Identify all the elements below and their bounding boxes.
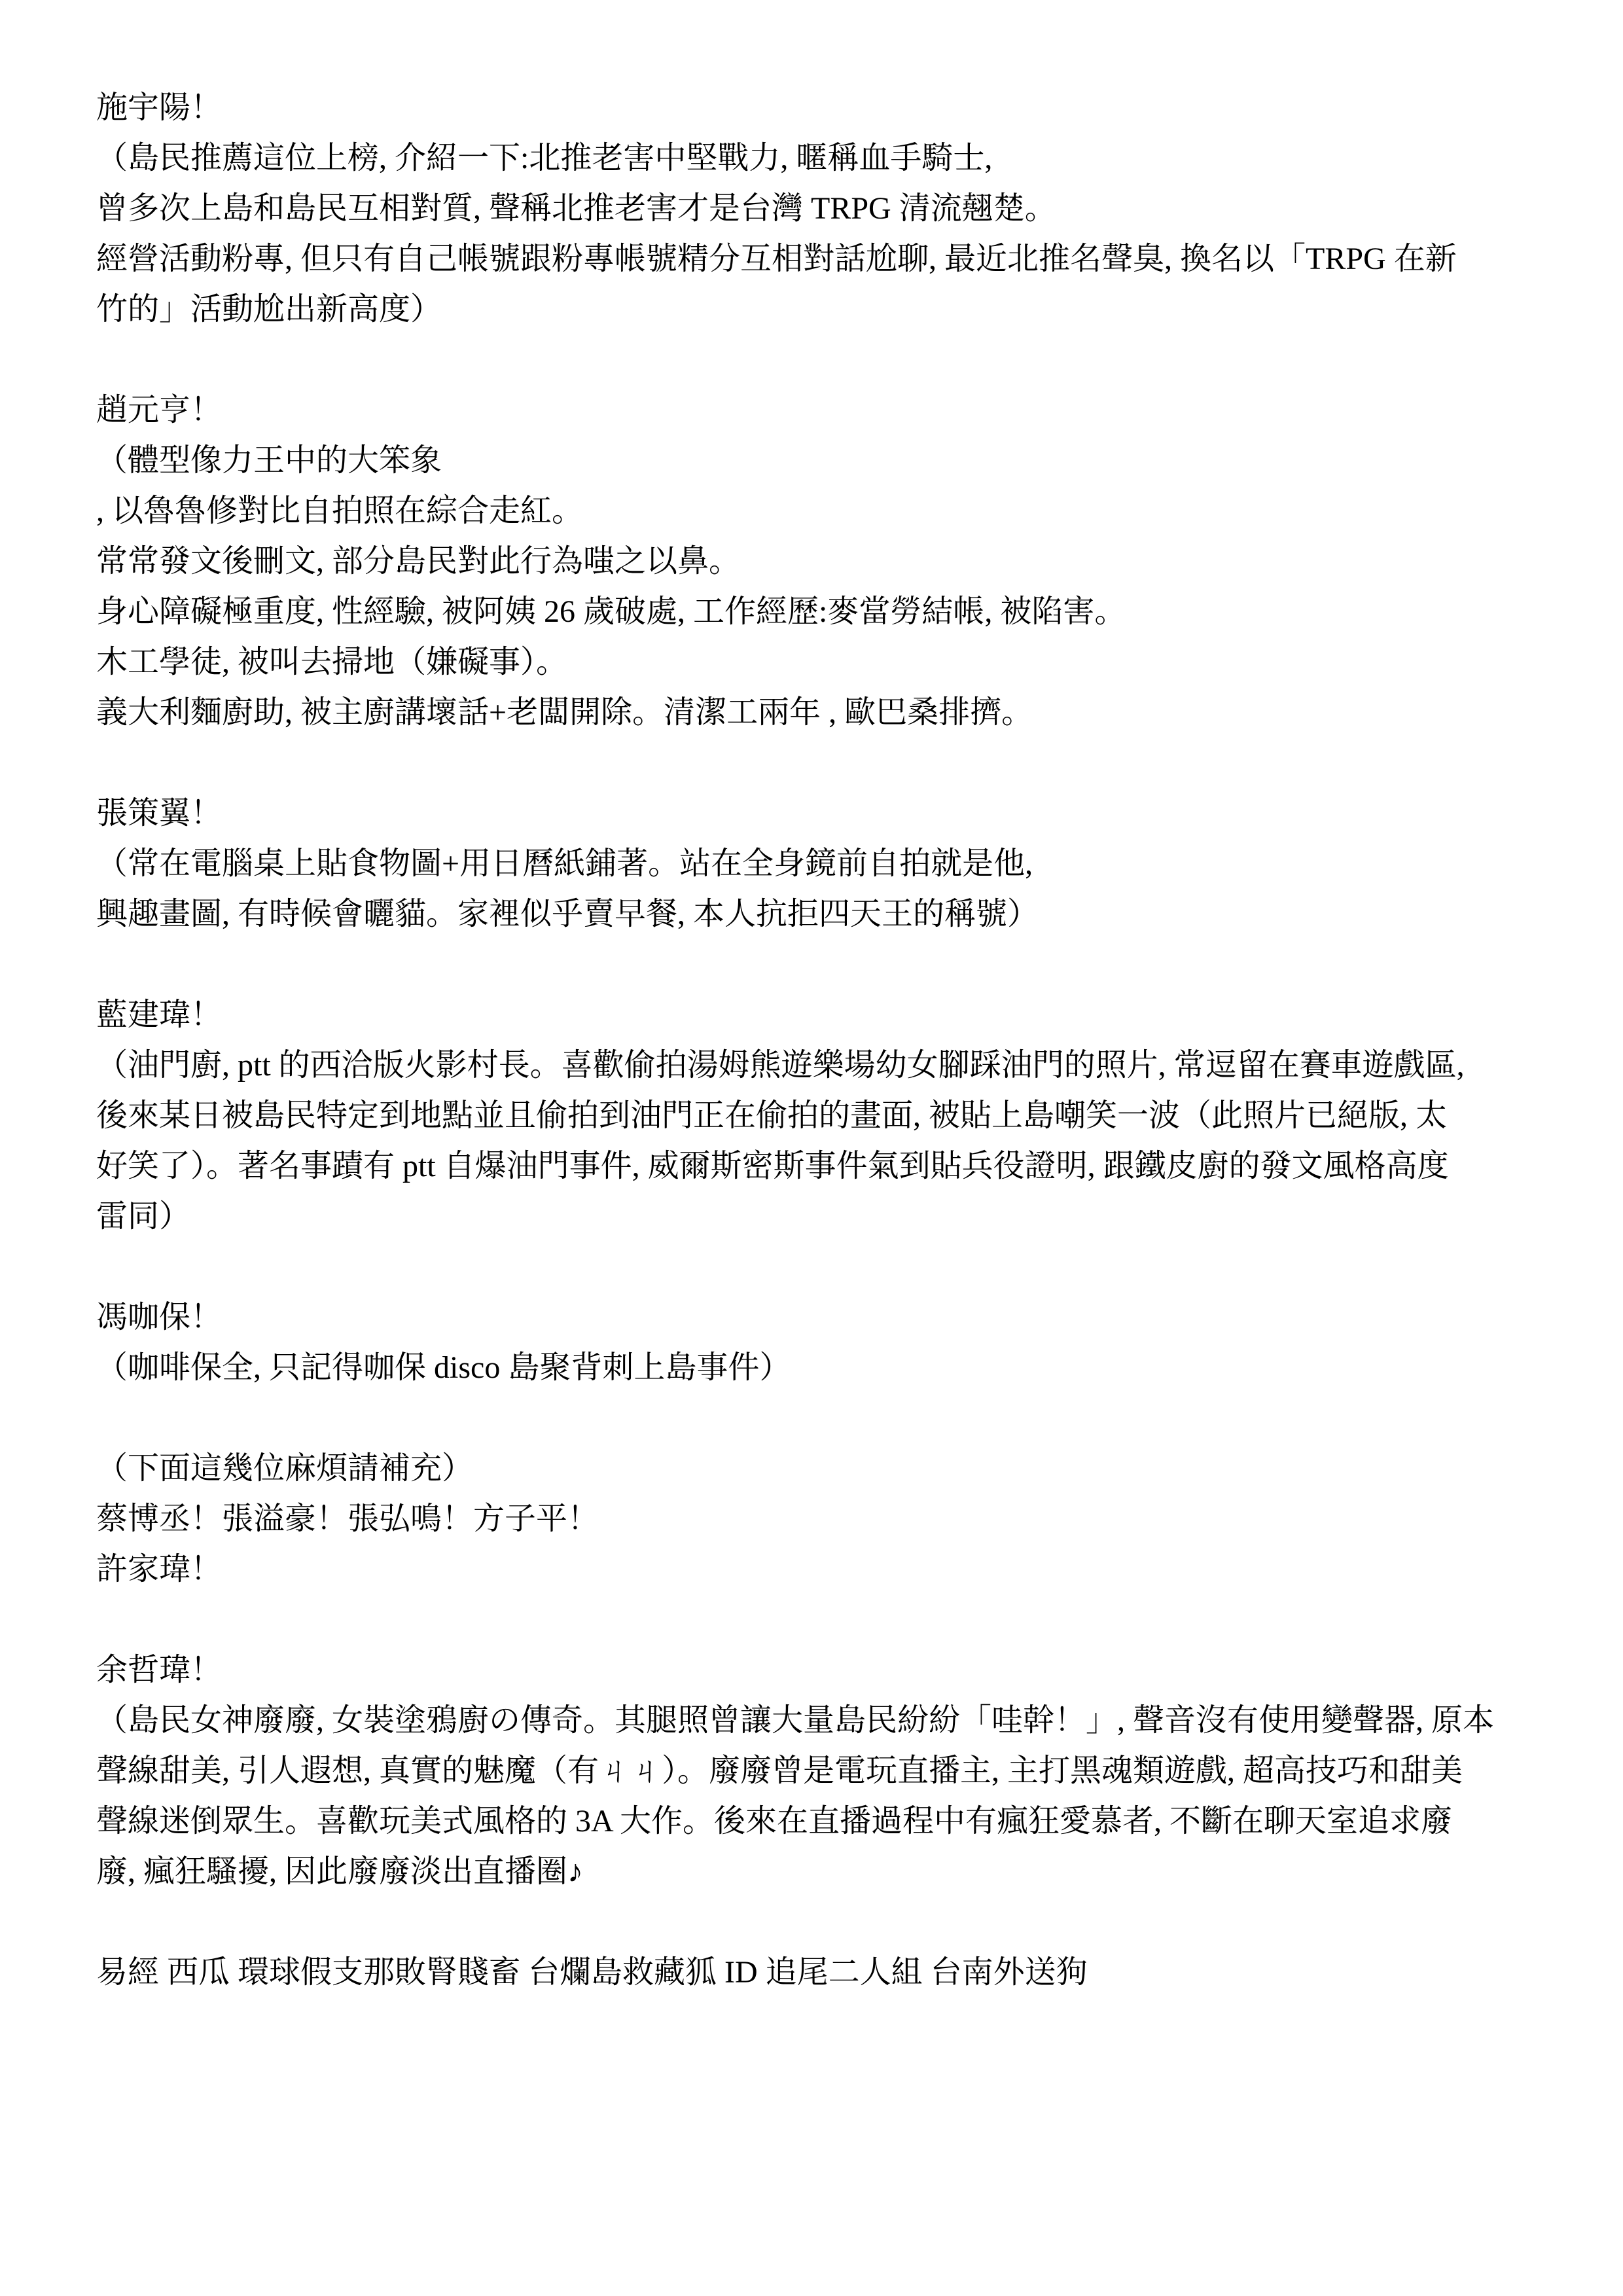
- text-line: （島民女神廢廢, 女裝塗鴉廚の傳奇。其腿照曾讓大量島民紛紛「哇幹！」, 聲音沒有…: [96, 1695, 1536, 1746]
- text-line: （島民推薦這位上榜, 介紹一下:北推老害中堅戰力, 暱稱血手騎士,: [96, 133, 1536, 183]
- text-line: 興趣畫圖, 有時候會曬貓。家裡似乎賣早餐, 本人抗拒四天王的稱號）: [96, 889, 1536, 939]
- paragraph-zhao-yuan-heng: 趙元亨！ （體型像力王中的大笨象 , 以魯魯修對比自拍照在綜合走紅。 常常發文後…: [96, 385, 1536, 738]
- text-line: 曾多次上島和島民互相對質, 聲稱北推老害才是台灣 TRPG 清流翹楚。: [96, 183, 1536, 234]
- entry-name-line: 余哲瑋！: [96, 1645, 1536, 1695]
- text-line: 聲線甜美, 引人遐想, 真實的魅魔（有ㄐㄐ）。廢廢曾是電玩直播主, 主打黑魂類遊…: [96, 1746, 1536, 1796]
- paragraph-feng-ka-bao: 馮咖保！ （咖啡保全, 只記得咖保 disco 島聚背刺上島事件）: [96, 1292, 1536, 1393]
- text-line: 雷同）: [96, 1191, 1536, 1242]
- paragraph-zhang-ce-yi: 張策翼！ （常在電腦桌上貼食物圖+用日曆紙鋪著。站在全身鏡前自拍就是他, 興趣畫…: [96, 788, 1536, 939]
- paragraph-footer-nickname-list: 易經 西瓜 環球假支那敗腎賤畜 台爛島救藏狐 ID 追尾二人組 台南外送狗: [96, 1947, 1536, 1998]
- entry-name-line: 施宇陽！: [96, 82, 1536, 133]
- text-line: （體型像力王中的大笨象: [96, 435, 1536, 486]
- paragraph-supplement-request: （下面這幾位麻煩請補充） 蔡博丞！張溢豪！張弘鳴！方子平！ 許家瑋！: [96, 1443, 1536, 1594]
- paragraph-yu-zhe-wei: 余哲瑋！ （島民女神廢廢, 女裝塗鴉廚の傳奇。其腿照曾讓大量島民紛紛「哇幹！」,…: [96, 1645, 1536, 1897]
- entry-name-line: 馮咖保！: [96, 1292, 1536, 1342]
- entry-name-line: 趙元亨！: [96, 385, 1536, 435]
- text-line: 廢, 瘋狂騷擾, 因此廢廢淡出直播圈♪: [96, 1846, 1536, 1897]
- text-line: （油門廚, ptt 的西洽版火影村長。喜歡偷拍湯姆熊遊樂場幼女腳踩油門的照片, …: [96, 1040, 1536, 1090]
- text-line: , 以魯魯修對比自拍照在綜合走紅。: [96, 486, 1536, 536]
- text-line: 許家瑋！: [96, 1544, 1536, 1594]
- text-line: （咖啡保全, 只記得咖保 disco 島聚背刺上島事件）: [96, 1342, 1536, 1393]
- text-line: 義大利麵廚助, 被主廚講壞話+老闆開除。清潔工兩年 , 歐巴桑排擠。: [96, 687, 1536, 738]
- text-line: 易經 西瓜 環球假支那敗腎賤畜 台爛島救藏狐 ID 追尾二人組 台南外送狗: [96, 1947, 1536, 1998]
- text-line: 聲線迷倒眾生。喜歡玩美式風格的 3A 大作。後來在直播過程中有瘋狂愛慕者, 不斷…: [96, 1796, 1536, 1846]
- text-line: 身心障礙極重度, 性經驗, 被阿姨 26 歲破處, 工作經歷:麥當勞結帳, 被陷…: [96, 586, 1536, 637]
- text-line: 蔡博丞！張溢豪！張弘鳴！方子平！: [96, 1494, 1536, 1544]
- text-line: 好笑了）。著名事蹟有 ptt 自爆油門事件, 威爾斯密斯事件氣到貼兵役證明, 跟…: [96, 1141, 1536, 1191]
- text-line: 木工學徒, 被叫去掃地（嫌礙事）。: [96, 637, 1536, 687]
- text-line: 後來某日被島民特定到地點並且偷拍到油門正在偷拍的畫面, 被貼上島嘲笑一波（此照片…: [96, 1090, 1536, 1141]
- entry-name-line: 藍建瑋！: [96, 990, 1536, 1040]
- paragraph-shi-yu-yang: 施宇陽！ （島民推薦這位上榜, 介紹一下:北推老害中堅戰力, 暱稱血手騎士, 曾…: [96, 82, 1536, 334]
- entry-name-line: 張策翼！: [96, 788, 1536, 838]
- document-text-block: 施宇陽！ （島民推薦這位上榜, 介紹一下:北推老害中堅戰力, 暱稱血手騎士, 曾…: [96, 82, 1536, 1998]
- text-line: 竹的」活動尬出新高度）: [96, 284, 1536, 334]
- text-line: （常在電腦桌上貼食物圖+用日曆紙鋪著。站在全身鏡前自拍就是他,: [96, 838, 1536, 889]
- text-line: 經營活動粉專, 但只有自己帳號跟粉專帳號精分互相對話尬聊, 最近北推名聲臭, 換…: [96, 234, 1536, 284]
- text-line: 常常發文後刪文, 部分島民對此行為嗤之以鼻。: [96, 536, 1536, 586]
- paragraph-lan-jian-wei: 藍建瑋！ （油門廚, ptt 的西洽版火影村長。喜歡偷拍湯姆熊遊樂場幼女腳踩油門…: [96, 990, 1536, 1242]
- text-line: （下面這幾位麻煩請補充）: [96, 1443, 1536, 1494]
